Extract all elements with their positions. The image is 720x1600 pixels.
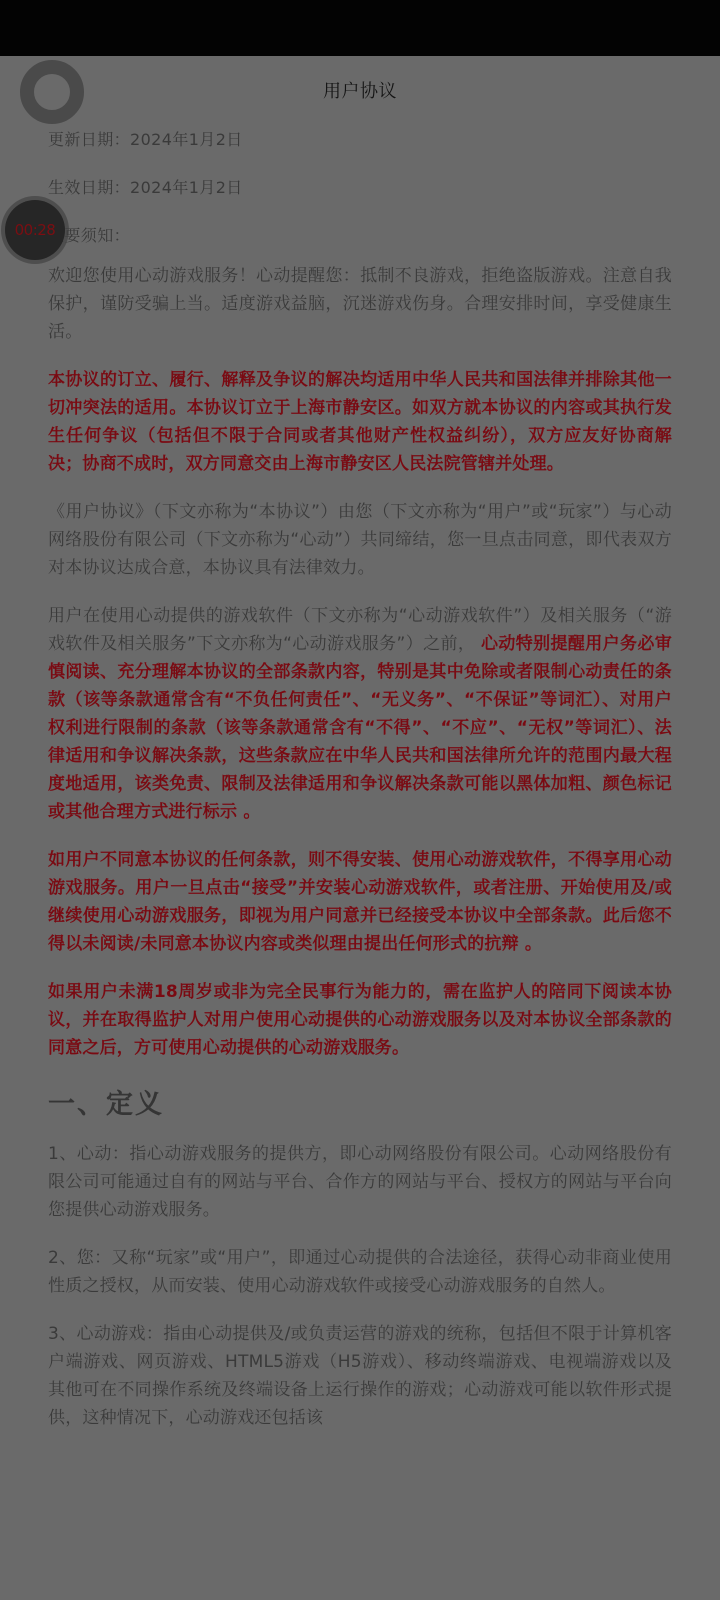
timer-text: 00:28 [15,221,56,239]
minor-paragraph: 如果用户未满18周岁或非为完全民事行为能力的，需在监护人的陪同下阅读本协议，并在… [48,978,672,1062]
notice-label: 重要须知： [48,212,672,260]
agreement-content[interactable]: 更新日期：2024年1月2日 生效日期：2024年1月2日 重要须知： 欢迎您使… [0,116,720,1432]
definition-item: 3、心动游戏：指由心动提供及/或负责运营的游戏的统称，包括但不限于计算机客户端游… [48,1320,672,1432]
intro-paragraph: 《用户协议》（下文亦称为“本协议”）由您（下文亦称为“用户”或“玩家”）与心动网… [48,498,672,582]
before-use-emphasis: 心动特别提醒用户务必审慎阅读、充分理解本协议的全部条款内容，特别是其中免除或者限… [48,634,672,822]
page-title: 用户协议 [323,77,397,103]
governing-law-paragraph: 本协议的订立、履行、解释及争议的解决均适用中华人民共和国法律并排除其他一切冲突法… [48,366,672,478]
floating-timer-button[interactable]: 00:28 [5,200,65,260]
definition-item: 1、心动：指心动游戏服务的提供方，即心动网络股份有限公司。心动网络股份有限公司可… [48,1140,672,1224]
disagree-paragraph: 如用户不同意本协议的任何条款，则不得安装、使用心动游戏软件，不得享用心动游戏服务… [48,846,672,958]
agreement-page[interactable]: 用户协议 更新日期：2024年1月2日 生效日期：2024年1月2日 重要须知：… [0,56,720,1600]
effective-date: 生效日期：2024年1月2日 [48,164,672,212]
loading-ring-icon [20,60,84,124]
welcome-paragraph: 欢迎您使用心动游戏服务！心动提醒您：抵制不良游戏，拒绝盗版游戏。注意自我保护，谨… [48,262,672,346]
definition-item: 2、您：又称“玩家”或“用户”，即通过心动提供的合法途径，获得心动非商业使用性质… [48,1244,672,1300]
title-bar: 用户协议 [0,56,720,118]
section-heading-definitions: 一、定义 [48,1082,672,1128]
updated-date: 更新日期：2024年1月2日 [48,116,672,164]
before-use-paragraph: 用户在使用心动提供的游戏软件（下文亦称为“心动游戏软件”）及相关服务（“游戏软件… [48,602,672,826]
status-bar [0,0,720,56]
